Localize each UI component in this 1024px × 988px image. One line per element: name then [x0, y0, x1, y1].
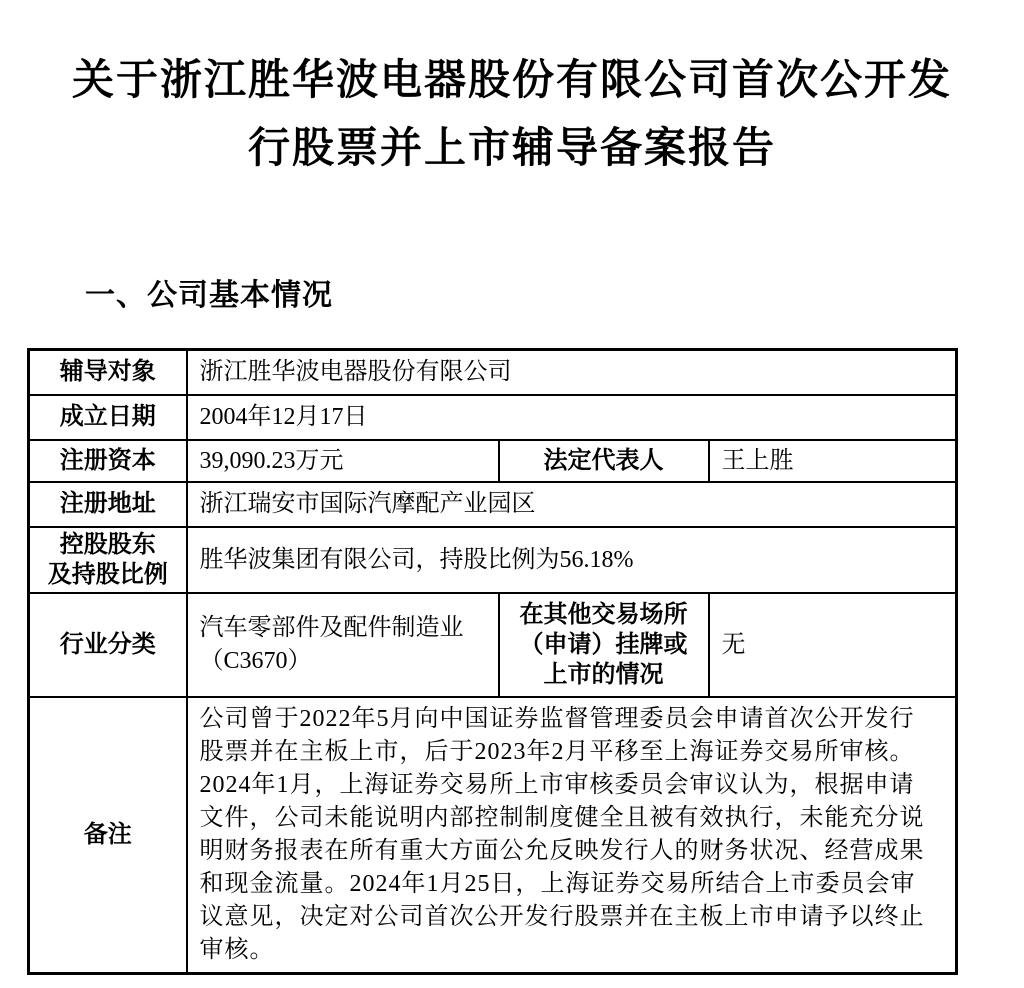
industry-classification-value-lines: 汽车零部件及配件制造业 （C3670）	[200, 612, 488, 678]
remark-line-7: 议意见，决定对公司首次公开发行股票并在主板上市申请予以终止	[200, 901, 946, 934]
industry-classification-value-line-2: （C3670）	[200, 645, 488, 678]
remark-text: 公司曾于2022年5月向中国证券监督管理委员会申请首次公开发行 股票并在主板上市…	[200, 700, 946, 970]
remark-line-3: 2024年1月，上海证券交易所上市审核委员会审议认为，根据申请	[200, 769, 946, 802]
legal-representative-label: 法定代表人	[499, 440, 709, 482]
other-market-listing-label-line-2: （申请）挂牌或	[504, 630, 704, 660]
registered-capital-label: 注册资本	[29, 440, 187, 482]
table-row-industry-classification: 行业分类 汽车零部件及配件制造业 （C3670） 在其他交易场所 （申请）挂牌或…	[29, 593, 957, 697]
establishment-date-label: 成立日期	[29, 395, 187, 440]
company-info-table: 辅导对象 浙江胜华波电器股份有限公司 成立日期 2004年12月17日 注册资本…	[27, 348, 958, 975]
registered-address-label: 注册地址	[29, 482, 187, 527]
establishment-date-value: 2004年12月17日	[187, 395, 957, 440]
counseling-target-label: 辅导对象	[29, 350, 187, 395]
remark-line-5: 明财务报表在所有重大方面公允反映发行人的财务状况、经营成果	[200, 835, 946, 868]
remark-line-6: 和现金流量。2024年1月25日，上海证券交易所结合上市委员会审	[200, 868, 946, 901]
remark-line-1: 公司曾于2022年5月向中国证券监督管理委员会申请首次公开发行	[200, 703, 946, 736]
other-market-listing-label-line-3: 上市的情况	[504, 660, 704, 690]
document-title-line-2: 行股票并上市辅导备案报告	[0, 114, 1024, 182]
table-row-registered-address: 注册地址 浙江瑞安市国际汽摩配产业园区	[29, 482, 957, 527]
table-row-counseling-target: 辅导对象 浙江胜华波电器股份有限公司	[29, 350, 957, 395]
industry-classification-value-line-1: 汽车零部件及配件制造业	[200, 612, 488, 645]
controlling-shareholder-label: 控股股东 及持股比例	[29, 527, 187, 593]
document-title-line-1: 关于浙江胜华波电器股份有限公司首次公开发	[0, 46, 1024, 114]
other-market-listing-label-lines: 在其他交易场所 （申请）挂牌或 上市的情况	[504, 600, 704, 690]
table-row-controlling-shareholder: 控股股东 及持股比例 胜华波集团有限公司，持股比例为56.18%	[29, 527, 957, 593]
controlling-shareholder-value: 胜华波集团有限公司，持股比例为56.18%	[187, 527, 957, 593]
other-market-listing-label: 在其他交易场所 （申请）挂牌或 上市的情况	[499, 593, 709, 697]
remark-line-8: 审核。	[200, 934, 946, 967]
industry-classification-value: 汽车零部件及配件制造业 （C3670）	[187, 593, 499, 697]
other-market-listing-label-line-1: 在其他交易场所	[504, 600, 704, 630]
document-page: 关于浙江胜华波电器股份有限公司首次公开发 行股票并上市辅导备案报告 一、公司基本…	[0, 0, 1024, 975]
controlling-shareholder-label-line-1: 控股股东	[34, 530, 182, 560]
industry-classification-label: 行业分类	[29, 593, 187, 697]
counseling-target-value: 浙江胜华波电器股份有限公司	[187, 350, 957, 395]
table-row-registered-capital: 注册资本 39,090.23万元 法定代表人 王上胜	[29, 440, 957, 482]
remark-label: 备注	[29, 697, 187, 974]
controlling-shareholder-label-line-2: 及持股比例	[34, 560, 182, 590]
legal-representative-value: 王上胜	[709, 440, 957, 482]
other-market-listing-value: 无	[709, 593, 957, 697]
registered-address-value: 浙江瑞安市国际汽摩配产业园区	[187, 482, 957, 527]
document-title: 关于浙江胜华波电器股份有限公司首次公开发 行股票并上市辅导备案报告	[0, 0, 1024, 182]
remark-line-2: 股票并在主板上市，后于2023年2月平移至上海证券交易所审核。	[200, 736, 946, 769]
controlling-shareholder-label-lines: 控股股东 及持股比例	[34, 530, 182, 590]
section-heading: 一、公司基本情况	[85, 278, 1024, 314]
registered-capital-value: 39,090.23万元	[187, 440, 499, 482]
table-row-remark: 备注 公司曾于2022年5月向中国证券监督管理委员会申请首次公开发行 股票并在主…	[29, 697, 957, 974]
table-row-establishment-date: 成立日期 2004年12月17日	[29, 395, 957, 440]
remark-line-4: 文件，公司未能说明内部控制制度健全且被有效执行，未能充分说	[200, 802, 946, 835]
remark-value: 公司曾于2022年5月向中国证券监督管理委员会申请首次公开发行 股票并在主板上市…	[187, 697, 957, 974]
